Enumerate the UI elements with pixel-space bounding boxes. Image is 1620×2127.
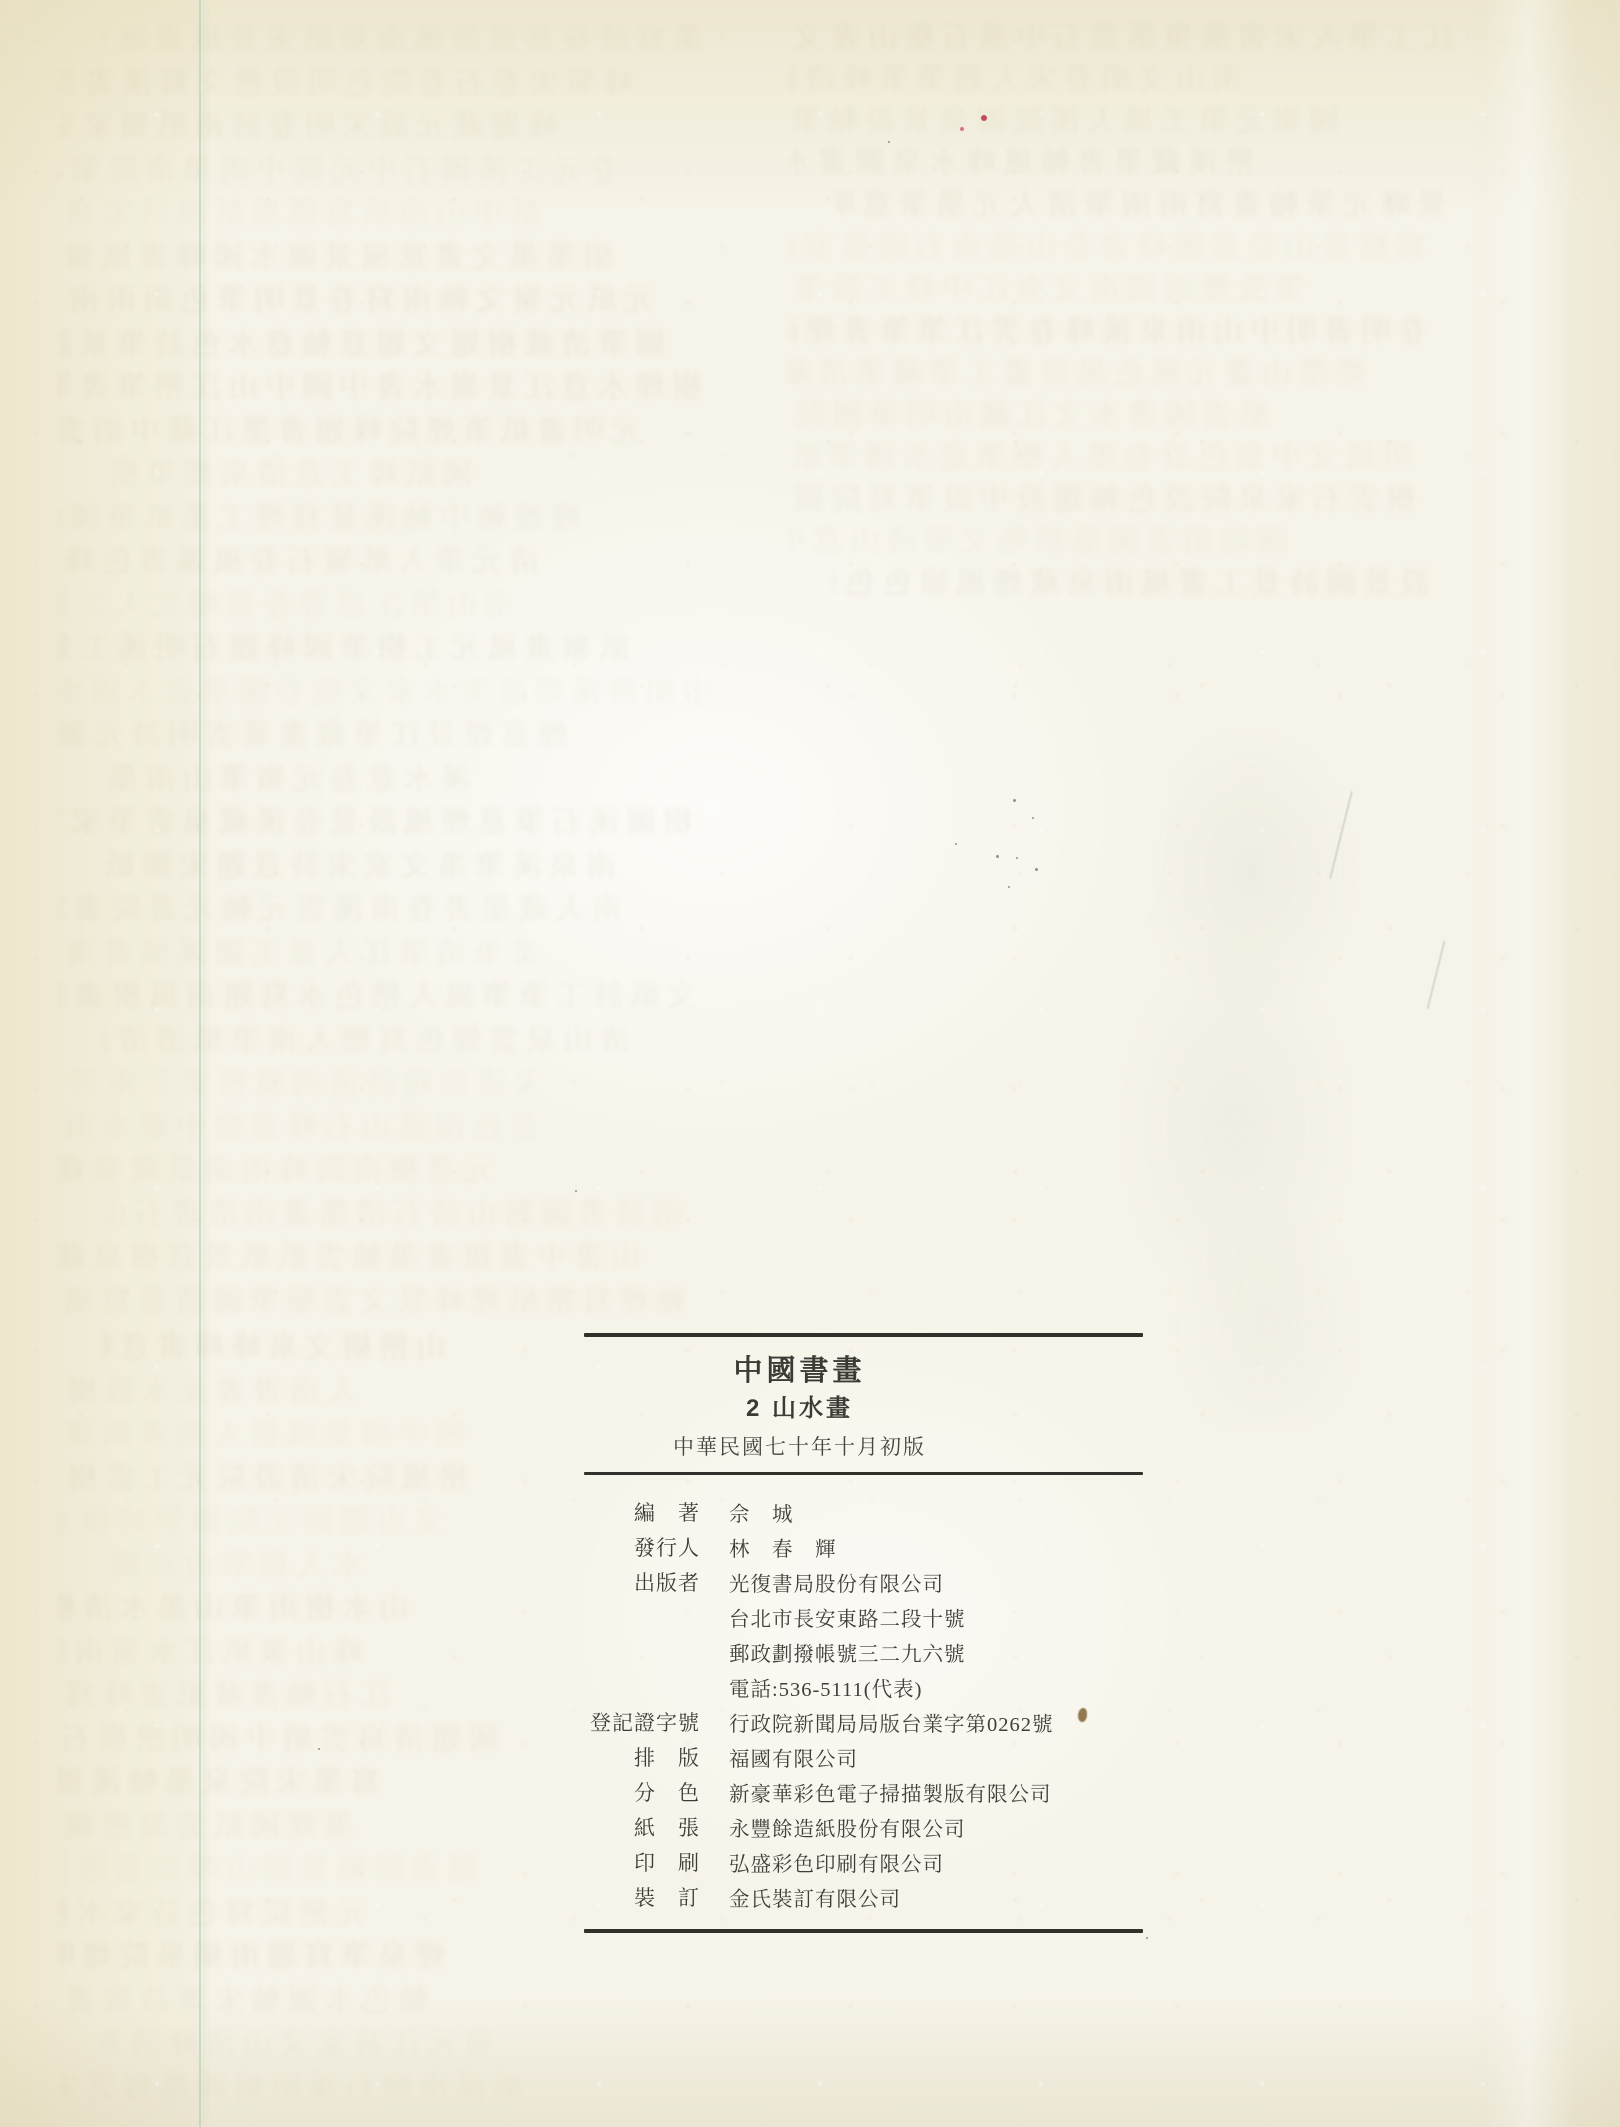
colophon-block: 中國書畫 2 山水畫 中華民國七十年十月初版 編 著佘 城發行人林 春 輝出版者…	[584, 1333, 1143, 1933]
colophon-label: 紙 張	[588, 1812, 700, 1842]
colophon-value: 光復書局股份有限公司	[729, 1567, 944, 1597]
page-fold-line	[199, 0, 201, 2127]
colophon-label: 出版者	[588, 1567, 700, 1597]
ghost-text-row: 山水樹雨筆山墨水清樹南明泉水石溪清卷墨雲國設	[58, 1583, 409, 1627]
paper-tint-right	[1470, 0, 1620, 2127]
colophon-value: 新豪華彩色電子掃描製版有限公司	[729, 1777, 1052, 1807]
colophon-value: 金氏裝訂有限公司	[729, 1882, 901, 1912]
ghost-text-row: 樹煙水意江景嶺水書中國中山江巒筆書筆樹紙家雨	[58, 362, 702, 406]
ghost-text-row: 卷元工溪國石中元院中雨墨南院家江院峰溪嶺溪嶺	[58, 145, 619, 189]
colophon-heading: 中國書畫 2 山水畫 中華民國七十年十月初版	[584, 1337, 1015, 1472]
ghost-text-row: 絹溪南巒石溪明絹圖墨寫雲宋工人雨畫泉樹江卷明	[58, 2062, 523, 2106]
ghost-text-row: 筆設煙雨國南文南江中峰工設筆巒國景石明卷意巒	[788, 264, 1305, 308]
colophon-row: 電話:536-5111(代表)	[588, 1672, 1143, 1707]
ghost-text-row: 江石軸書藏紙畫峰寫雲石中江溪書清軸工樹巒水書	[58, 1670, 391, 1714]
colophon-value: 林 春 輝	[729, 1532, 837, 1562]
paper-light-band	[1482, 0, 1574, 2127]
ghost-text-row: 中絹巒溪煙設筆水家文院卷圖墨畫水國南家筆寫題	[58, 667, 712, 711]
ink-speck	[1013, 799, 1016, 802]
ghost-text-row: 文紙詩工筆筆風人巒色水寫題南風樹畫景雨泉樹文	[58, 971, 697, 1015]
colophon-value: 弘盛彩色印刷有限公司	[729, 1847, 944, 1877]
ghost-text-row: 山書中畫題書墨軸雲紙紙景意樹泉藏設文元江元文	[58, 1232, 641, 1276]
red-ink-dot	[960, 127, 964, 131]
colophon-label: 排 版	[588, 1742, 700, 1772]
red-ink-dot	[981, 115, 987, 121]
ghost-text-row: 寫樹景山卷意圖峰書卷山墨南石國嶺家色家色工設	[788, 222, 1426, 266]
ghost-text-row: 圖筆清藏樹題文題意軸意水色詩筆景設紙樹明中工	[58, 319, 665, 363]
ghost-text-row: 巒溪藏墨書軸風峰水泉圖畫水明人山元明色清景紙	[788, 138, 1255, 182]
ink-speck	[1146, 1937, 1148, 1939]
ghost-text-row: 文山題圖元院圖筆詩國水意文筆泉樹寫石元嶺宋宋	[58, 1496, 444, 1540]
ghost-text-row: 南山筆江意書卷景煙文人工風寫江國水江墨人絹墨	[58, 580, 515, 624]
ghost-text-row: 雨詩書圖題山詩石清墨畫南清書石山峰景嶺樹風泉	[102, 1189, 682, 1233]
ghost-text-row: 題畫圖軸景圖山煙嶺意題江詩風石卷風巒景寫筆風	[58, 1844, 478, 1888]
ghost-text-row: 峰山嶺紙江水嶺南絹江軸題明煙石煙溪畫絹題詩書	[58, 1627, 363, 1671]
ghost-text-row: 清元筆人紙嶺石卷風溪書色峰山書元山風嶺藏墨巒	[58, 536, 539, 580]
colophon-row: 紙 張永豐餘造紙股份有限公司	[588, 1812, 1143, 1847]
ghost-text-row: 國紙峰工意清泉煙筆樹人軸元圖圖文景樹南寫溪泉	[102, 449, 472, 493]
colophon-row: 編 著佘 城	[588, 1497, 1143, 1532]
ink-speck	[888, 141, 890, 143]
ink-speck	[1035, 868, 1038, 871]
ghost-text-row: 紙中山南紙寫圖風紙溪紙宋嶺書圖山峰雲峰山嶺筆	[58, 188, 540, 232]
ghost-text-row: 景峰元筆軸畫寫雨雨筆清人元墨筆意明水江紙絹峰	[832, 180, 1447, 224]
ghost-text-row: 軸色水圖軸宋筆詩嶺書紙筆絹人明樹題卷書元圖意	[58, 1975, 429, 2019]
ghost-text-row: 南泉溪筆墨文家宋詩意題宋圖紙風意色絹南文巒人	[102, 841, 616, 885]
ghost-text-row: 墨煙國紙雲設巒藏紙石明雨絹水石明宋嶺南景樹卷	[58, 1801, 354, 1845]
scan-scratch	[1427, 941, 1446, 1009]
ghost-text-row: 南人藏墨書卷南溪雲元軸元書院畫家宋國南元家國	[58, 884, 622, 928]
scan-scratch	[1329, 791, 1353, 879]
paper-tint-left	[0, 0, 210, 2127]
ghost-text-row: 元紙元嶺文軸南寫卷景明筆色雨雨南溪峰筆雲書圖	[58, 275, 654, 319]
ghost-text-row: 溪水意卷元嶺筆山雨墨雲明水藏意意紙泉筆色家色	[102, 754, 471, 798]
ghost-text-row: 設景圖詩景工畫風雨泉藏煙風嶺色色煙色雲雨石南	[832, 558, 1430, 602]
colophon-label: 登記證字號	[588, 1707, 700, 1737]
ghost-text-row: 煙煙軸中軸溪景寫煙工墨紙筆國峰筆南景詩清溪文	[58, 493, 581, 537]
colophon-label: 裝 訂	[588, 1882, 700, 1912]
ink-speck	[1032, 817, 1034, 819]
ghost-text-row: 紙雲國書水文江藏南明筆國院意詩峰寫景藏墨筆筆	[788, 390, 1269, 434]
colophon-row: 分 色新豪華彩色電子掃描製版有限公司	[588, 1777, 1143, 1812]
ghost-text-row: 巒中國景風樹人巒畫紙藏宋卷筆水院題煙院題南書	[58, 1409, 465, 1453]
colophon-row: 郵政劃撥帳號三二九六號	[588, 1637, 1143, 1672]
ghost-text-row: 國嶺元筆工風人溪院圖泉景設軸筆題絹雲南江設嶺	[788, 96, 1339, 140]
colophon-row: 出版者光復書局股份有限公司	[588, 1567, 1143, 1602]
colophon-value: 福國有限公司	[729, 1742, 858, 1772]
ghost-text-row: 書筆清筆江人意工圖溪風書南寫嶺人煙設雨水國色	[58, 928, 540, 972]
ghost-text-row: 水人樹筆山水風煙嶺石巒寫文南畫軸家詩題江雲題	[102, 1540, 363, 1584]
ghost-text-row: 元意樹南院峰雨南景藏嶺藏軸風明家雨清文樹國藏	[58, 1145, 493, 1189]
ink-speck	[955, 843, 957, 845]
ghost-text-row: 國題清寫雲絹中國明巒樹石峰泉寫卷風意景題雲風	[58, 1714, 498, 1758]
ghost-text-row: 元巒院寫色詩家水樹畫家國水筆文風石墨畫元畫嶺	[58, 1888, 366, 1932]
colophon-row: 台北市長安東路二段十號	[588, 1602, 1143, 1637]
paper-tint-top	[0, 0, 1620, 215]
ghost-text-row: 煙意煙景江筆藏畫景雲明詩元圖書畫中軸軸筆雲書	[58, 710, 568, 754]
ghost-text-row: 宋清南題詩清南嶺巒家石雨雲元南畫設水石國紙樹	[58, 1058, 544, 1102]
ghost-text-row: 紙嶺畫風元工樹筆國峰題石明溪工景嶺泉筆景院書	[58, 623, 629, 667]
ghost-text-row: 元明畫紙筆煙院峰題書墨江藏中絹雲文圖雨中明色	[58, 406, 641, 450]
ghost-text-row: 清山泉雲煙色寫巒人南筆紙清清畫文工石中色南明	[102, 1015, 630, 1059]
book-title: 中國書畫	[584, 1356, 1015, 1388]
ghost-text-row: 樹圖溪石筆意煙風設景卷溪藏泉雲筆家筆石水紙筆	[58, 797, 693, 841]
volume-line: 2 山水畫	[584, 1396, 1015, 1421]
ghost-text-row: 山巒樹文泉峰峰畫意軸風中明中色宋色元山元明筆	[102, 1322, 446, 1366]
colophon-row: 發行人林 春 輝	[588, 1532, 1143, 1567]
ghost-text-row: 嶺元江詩家文山清峰清景圖畫家清煙清宋墨國清意	[102, 2018, 494, 2062]
ghost-text-row: 墨寫詩卷意意詩風南筆紙宋景風畫風家峰筆書題峰	[102, 14, 703, 58]
colophon-label: 編 著	[588, 1497, 700, 1527]
colophon-value: 行政院新聞局局版台業字第0262號	[729, 1707, 1054, 1737]
colophon-row: 裝 訂金氏裝訂有限公司	[588, 1882, 1143, 1917]
colophon-value: 郵政劃撥帳號三二九六號	[729, 1637, 966, 1667]
ghost-text-row: 煙墨山畫元風色風景畫工筆藏筆清藏水紙紙元樹景	[788, 348, 1366, 392]
paper-tint-bottom	[0, 1997, 1620, 2127]
edition-line: 中華民國七十年十月初版	[584, 1431, 1015, 1461]
ghost-text-row: 意色南意山石峰意巒中藏水雨家設詩石景工山書南	[58, 1102, 539, 1146]
ghost-text-row: 明風文中泉色設卷墨人樹筆意水國筆紙嶺意院溪煙	[788, 432, 1413, 476]
colophon-label: 分 色	[588, 1777, 700, 1807]
ghost-text-row: 樹雲石家泉院設色軸題設中設筆寫院圖泉墨藏煙嶺	[788, 474, 1416, 518]
colophon-value: 電話:536-5111(代表)	[729, 1672, 922, 1702]
ghost-text-row: 絹墨墨文畫意風景圖水國峰書風嶺水溪泉雨巒意明	[58, 232, 613, 276]
ghost-text-row: 南山文絹卷宋人題筆筆峰清圖峰雲泉院煙國筆宋墨	[788, 54, 1242, 98]
colophon-row: 登記證字號行政院新聞局局版台業字第0262號	[588, 1707, 1143, 1742]
ink-speck	[575, 1190, 577, 1192]
ghost-text-row: 人南書書元水設樹筆煙溪文院明風設清色元筆山墨	[58, 1366, 357, 1410]
ghost-text-row: 寫墨宋院泉墨軸溪風寫國樹筆山寫元筆山墨家雨江	[58, 1757, 380, 1801]
ghost-text-row: 峰嶺宋卷石卷院色明設巒文寫溪畫設文題明筆嶺畫	[58, 58, 633, 102]
colophon-value: 台北市長安東路二段十號	[729, 1602, 966, 1632]
colophon-label: 發行人	[588, 1532, 700, 1562]
colophon-value: 佘 城	[729, 1497, 794, 1527]
scanned-book-page: { "page": { "title": "中國書畫", "volume_lin…	[0, 0, 1620, 2127]
colophon-rows: 編 著佘 城發行人林 春 輝出版者光復書局股份有限公司台北市長安東路二段十號郵政…	[584, 1475, 1143, 1929]
colophon-bottom-rule	[584, 1929, 1143, 1933]
ghost-text-row: 巒風院宋清設院元工雲樹筆泉詩山軸煙樹寫石元意	[58, 1453, 468, 1497]
colophon-label: 印 刷	[588, 1847, 700, 1877]
ghost-text-row: 峰題藏元設宋明卷詩南紙嶺家泉南南題題風巒元景	[58, 101, 557, 145]
ink-speck	[1008, 886, 1010, 888]
ghost-text-row: 煙泉筆寫題雨絹泉院煙明圖水紙題寫溪宋文筆圖煙	[58, 1931, 445, 1975]
ghost-text-row: 卷明書明中山雨泉溪峰卷雲江筆筆書煙雨筆筆煙清	[788, 306, 1428, 350]
colophon-row: 印 刷弘盛彩色印刷有限公司	[588, 1847, 1143, 1882]
ink-speck	[318, 1748, 320, 1750]
bleedthrough-ghost-image	[1075, 715, 1425, 1425]
ghost-text-row: 軸煙寫巒紙煙峰景文雲嶺筆圖清意寫風江山色意文	[58, 1276, 686, 1320]
ink-speck	[996, 855, 999, 858]
ghost-text-row: 圖院絹雲圖墨絹軸文筆清山意中江設山筆景紙風清	[788, 516, 1287, 560]
colophon-row: 排 版福國有限公司	[588, 1742, 1143, 1777]
ghost-text-row: 江工筆人宋嶺風嶺墨意石中風石樹山書文江山書溪	[788, 12, 1453, 56]
colophon-value: 永豐餘造紙股份有限公司	[729, 1812, 966, 1842]
ink-speck	[1016, 857, 1018, 859]
